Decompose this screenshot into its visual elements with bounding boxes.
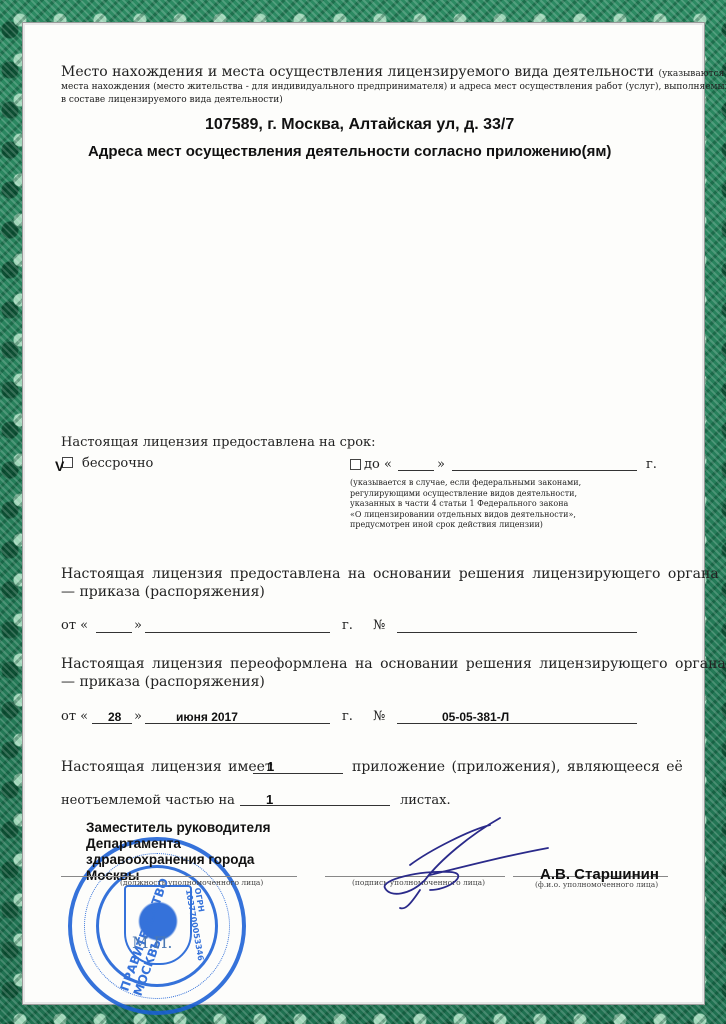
handwritten-signature — [370, 810, 550, 910]
location-note-line3: в составе лицензируемого вида деятельнос… — [61, 95, 283, 106]
appendix-line2-suffix: листах. — [400, 793, 451, 808]
signatory-position: Заместитель руководителя Департамента зд… — [86, 820, 270, 884]
granted-line2: — приказа (распоряжения) — [61, 584, 265, 600]
reissued-from-prefix: от « — [61, 709, 88, 724]
until-note-line: «О лицензировании отдельных видов деятел… — [350, 510, 581, 521]
granted-line1: Настоящая лицензия предоставлена на осно… — [61, 566, 719, 582]
license-address: 107589, г. Москва, Алтайская ул, д. 33/7 — [205, 116, 514, 134]
appendix-line1-prefix: Настоящая лицензия имеет — [61, 759, 273, 775]
until-mid: » — [437, 457, 445, 472]
term-label: Настоящая лицензия предоставлена на срок… — [61, 435, 376, 450]
unlimited-label: бессрочно — [82, 456, 153, 471]
until-note-line: регулирующими осуществление видов деятел… — [350, 489, 581, 500]
check-mark: V — [55, 458, 64, 474]
position-line: здравоохранения города — [86, 852, 270, 868]
position-line-field — [61, 876, 297, 877]
until-suffix: г. — [646, 457, 657, 472]
until-day-field[interactable] — [398, 470, 434, 471]
until-note-line: (указывается в случае, если федеральными… — [350, 478, 581, 489]
appendix-line1-suffix: приложение (приложения), являющееся её — [352, 759, 683, 775]
reissued-number-prefix: № — [373, 709, 385, 724]
reissued-number-field[interactable] — [397, 723, 637, 724]
position-line: Заместитель руководителя — [86, 820, 270, 836]
reissued-year-suffix: г. — [342, 709, 353, 724]
until-month-year-field[interactable] — [452, 470, 637, 471]
granted-month-year-field[interactable] — [145, 632, 330, 633]
until-note: (указывается в случае, если федеральными… — [350, 478, 581, 531]
reissued-number: 05-05-381-Л — [442, 710, 509, 724]
granted-day-field[interactable] — [96, 632, 132, 633]
reissued-day: 28 — [108, 710, 121, 724]
location-note-inline: (указываются адрес — [658, 69, 726, 79]
appendix-line2-prefix: неотъемлемой частью на — [61, 793, 235, 808]
granted-year-suffix: г. — [342, 618, 353, 633]
reissued-from-mid: » — [134, 709, 142, 724]
location-note-line2: места нахождения (место жительства - для… — [61, 82, 726, 93]
granted-from-prefix: от « — [61, 618, 88, 633]
location-heading: Место нахождения и места осуществления л… — [61, 64, 726, 80]
until-prefix: до « — [364, 457, 392, 472]
granted-number-field[interactable] — [397, 632, 637, 633]
reissued-month-year: июня 2017 — [176, 710, 238, 724]
addresses-per-appendix: Адреса мест осуществления деятельности с… — [88, 143, 611, 160]
appendix-count: 1 — [267, 759, 274, 774]
sheet-count: 1 — [266, 792, 273, 807]
granted-from-mid: » — [134, 618, 142, 633]
position-caption: (должность уполномоченного лица) — [120, 878, 263, 887]
name-caption: (ф.и.о. уполномоченного лица) — [535, 880, 658, 889]
reissued-line2: — приказа (распоряжения) — [61, 674, 265, 690]
until-checkbox[interactable] — [350, 459, 361, 470]
position-line: Департамента — [86, 836, 270, 852]
location-heading-text: Место нахождения и места осуществления л… — [61, 64, 654, 80]
granted-number-prefix: № — [373, 618, 385, 633]
stamp-mp: М.П. — [132, 933, 173, 952]
reissued-line1: Настоящая лицензия переоформлена на осно… — [61, 656, 726, 672]
sheet-count-field[interactable] — [240, 805, 390, 806]
until-note-line: указанных в части 4 статьи 1 Федеральног… — [350, 499, 581, 510]
until-note-line: предусмотрен иной срок действия лицензии… — [350, 520, 581, 531]
